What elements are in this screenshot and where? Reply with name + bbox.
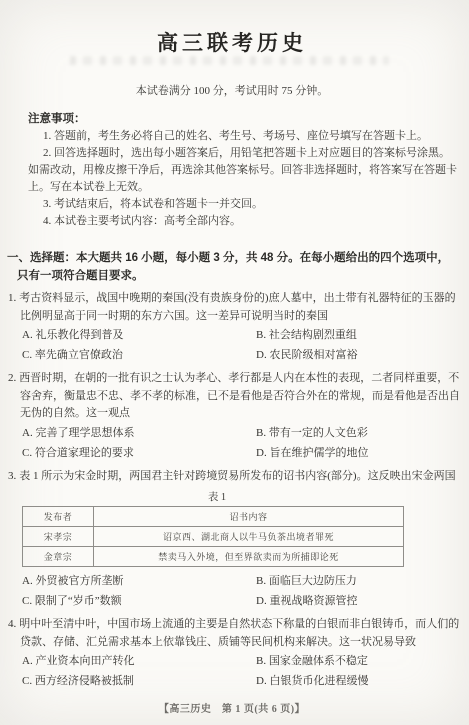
notice-item-1: 1. 答题前，考生务必将自己的姓名、考生号、考场号、座位号填写在答题卡上。	[28, 128, 460, 145]
question-1-text: 考古资料显示，战国中晚期的秦国(没有贵族身份的)庶人墓中，出土带有礼器特征的玉器…	[19, 292, 455, 322]
question-3-options-row-2: C. 限制了“岁币”数额 D. 重视战略资源管控	[4, 592, 460, 611]
question-2: 2.西晋时期，在朝的一批有识之士认为孝心、孝行都是人内在本性的表现，二者同样重要…	[4, 370, 460, 463]
question-4-text: 明中叶至清中叶，中国市场上流通的主要是自然状态下称量的白银而非白银铸币，而人们的…	[19, 618, 459, 648]
table-1-caption: 表 1	[22, 489, 412, 504]
notice-section: 注意事项： 1. 答题前，考生务必将自己的姓名、考生号、考场号、座位号填写在答题…	[4, 111, 460, 230]
question-3-option-c: C. 限制了“岁币”数额	[22, 592, 256, 611]
question-3-number: 3.	[8, 470, 16, 482]
notice-item-2: 2. 回答选择题时，选出每小题答案后，用铅笔把答题卡上对应题目的答案标号涂黑。如…	[28, 145, 460, 196]
question-4-option-c: C. 西方经济侵略被抵制	[22, 672, 256, 691]
exam-subtitle: 本试卷满分 100 分，考试用时 75 分钟。	[4, 82, 460, 98]
table-1-row-1-issuer: 宋孝宗	[23, 527, 94, 547]
exam-page: 高三联考历史 本试卷满分 100 分，考试用时 75 分钟。 注意事项： 1. …	[0, 0, 469, 725]
question-2-stem: 2.西晋时期，在朝的一批有识之士认为孝心、孝行都是人内在本性的表现，二者同样重要…	[4, 370, 460, 423]
question-4-stem: 4.明中叶至清中叶，中国市场上流通的主要是自然状态下称量的白银而非白银铸币，而人…	[4, 616, 460, 651]
section-heading: 一、选择题：本大题共 16 小题，每小题 3 分，共 48 分。在每小题给出的四…	[4, 249, 460, 285]
question-1-option-d: D. 农民阶级相对富裕	[256, 346, 460, 365]
question-1-stem: 1.考古资料显示，战国中晚期的秦国(没有贵族身份的)庶人墓中，出土带有礼器特征的…	[4, 290, 460, 325]
notice-item-3: 3. 考试结束后，将本试卷和答题卡一并交回。	[28, 196, 460, 213]
question-2-option-a: A. 完善了理学思想体系	[22, 424, 256, 443]
question-2-number: 2.	[8, 372, 16, 384]
question-3-option-d: D. 重视战略资源管控	[256, 592, 460, 611]
question-2-option-b: B. 带有一定的人文色彩	[256, 424, 460, 443]
table-1-row-2-content: 禁卖马入外境，但至界欲卖而为所捕即论死	[94, 547, 404, 567]
question-3-option-a: A. 外贸被官方所垄断	[22, 572, 256, 591]
question-2-options-row-1: A. 完善了理学思想体系 B. 带有一定的人文色彩	[4, 424, 460, 443]
table-row: 宋孝宗 诏京西、湖北商人以牛马负茶出境者罪死	[23, 527, 404, 547]
question-1: 1.考古资料显示，战国中晚期的秦国(没有贵族身份的)庶人墓中，出土带有礼器特征的…	[4, 290, 460, 365]
question-1-option-c: C. 率先确立官僚政治	[22, 346, 256, 365]
question-1-number: 1.	[8, 292, 16, 304]
question-4-options-row-1: A. 产业资本向田产转化 B. 国家金融体系不稳定	[4, 652, 460, 671]
question-4-option-d: D. 白银货币化进程缓慢	[256, 672, 460, 691]
question-1-option-b: B. 社会结构剧烈重组	[256, 326, 460, 345]
question-3: 3.表 1 所示为宋金时期，两国君主针对跨境贸易所发布的诏书内容(部分)。这反映…	[4, 468, 460, 612]
question-2-text: 西晋时期，在朝的一批有识之士认为孝心、孝行都是人内在本性的表现，二者同样重要，不…	[19, 372, 460, 419]
question-3-text: 表 1 所示为宋金时期，两国君主针对跨境贸易所发布的诏书内容(部分)。这反映出宋…	[19, 470, 455, 482]
exam-title: 高三联考历史	[4, 0, 460, 57]
question-1-options-row-1: A. 礼乐教化得到普及 B. 社会结构剧烈重组	[4, 326, 460, 345]
table-1-row-1-content: 诏京西、湖北商人以牛马负茶出境者罪死	[94, 527, 404, 547]
table-1: 发布者 诏书内容 宋孝宗 诏京西、湖北商人以牛马负茶出境者罪死 金章宗 禁卖马入…	[22, 506, 404, 567]
question-3-options-row-1: A. 外贸被官方所垄断 B. 面临巨大边防压力	[4, 572, 460, 591]
table-1-header-row: 发布者 诏书内容	[23, 507, 404, 527]
question-2-option-c: C. 符合道家理论的要求	[22, 444, 256, 463]
table-1-row-2-issuer: 金章宗	[23, 547, 94, 567]
question-3-stem: 3.表 1 所示为宋金时期，两国君主针对跨境贸易所发布的诏书内容(部分)。这反映…	[4, 468, 460, 486]
question-4-option-a: A. 产业资本向田产转化	[22, 652, 256, 671]
question-1-options-row-2: C. 率先确立官僚政治 D. 农民阶级相对富裕	[4, 346, 460, 365]
question-2-options-row-2: C. 符合道家理论的要求 D. 旨在维护儒学的地位	[4, 444, 460, 463]
question-2-option-d: D. 旨在维护儒学的地位	[256, 444, 460, 463]
notice-heading: 注意事项：	[28, 111, 460, 128]
scan-bleed-artifact	[70, 56, 389, 65]
question-4-number: 4.	[8, 618, 16, 630]
table-row: 金章宗 禁卖马入外境，但至界欲卖而为所捕即论死	[23, 547, 404, 567]
page-footer: 【高三历史 第 1 页(共 6 页)】	[4, 700, 460, 715]
table-1-header-issuer: 发布者	[23, 507, 94, 527]
table-1-header-content: 诏书内容	[94, 507, 404, 527]
question-3-option-b: B. 面临巨大边防压力	[256, 572, 460, 591]
question-4: 4.明中叶至清中叶，中国市场上流通的主要是自然状态下称量的白银而非白银铸币，而人…	[4, 616, 460, 691]
notice-item-4: 4. 本试卷主要考试内容：高考全部内容。	[28, 213, 460, 230]
question-4-options-row-2: C. 西方经济侵略被抵制 D. 白银货币化进程缓慢	[4, 672, 460, 691]
question-4-option-b: B. 国家金融体系不稳定	[256, 652, 460, 671]
question-1-option-a: A. 礼乐教化得到普及	[22, 326, 256, 345]
